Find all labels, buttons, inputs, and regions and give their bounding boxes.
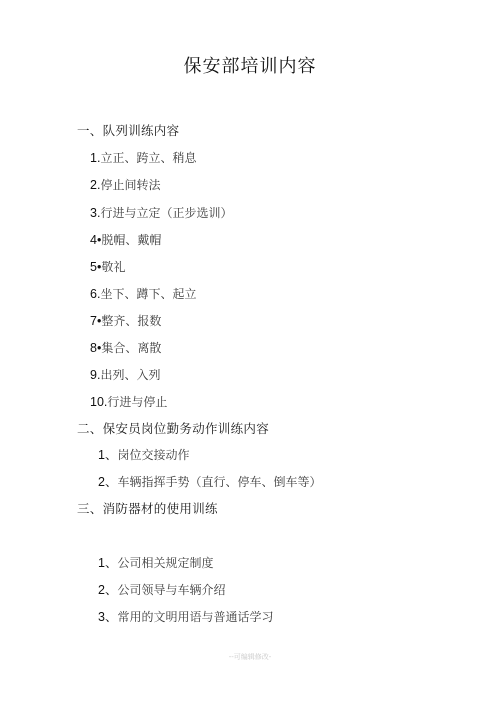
list-item: 2、公司领导与车辆介绍 bbox=[98, 582, 225, 598]
item-text: 出列、入列 bbox=[100, 368, 160, 382]
item-number: 2、 bbox=[98, 475, 117, 489]
item-number: 8• bbox=[90, 341, 101, 355]
item-text: 立正、跨立、稍息 bbox=[100, 151, 196, 165]
item-number: 4• bbox=[90, 233, 101, 247]
item-text: 行进与停止 bbox=[107, 395, 167, 409]
list-item: 8•集合、离散 bbox=[90, 340, 161, 356]
item-text: 坐下、蹲下、起立 bbox=[100, 287, 196, 301]
section-heading-2: 二、保安员岗位勤务动作训练内容 bbox=[77, 421, 269, 437]
item-number: 1. bbox=[90, 151, 100, 165]
item-text: 敬礼 bbox=[101, 260, 125, 274]
item-text: 岗位交接动作 bbox=[117, 448, 189, 462]
item-text: 整齐、报数 bbox=[101, 314, 161, 328]
item-text: 集合、离散 bbox=[101, 341, 161, 355]
item-text: 车辆指挥手势（直行、停车、倒车等） bbox=[117, 475, 321, 489]
item-number: 3、 bbox=[98, 610, 117, 624]
list-item: 1、公司相关规定制度 bbox=[98, 555, 213, 571]
item-text: 常用的文明用语与普通话学习 bbox=[117, 610, 273, 624]
page-footer: --可编辑修改- bbox=[0, 652, 500, 662]
item-number: 1、 bbox=[98, 448, 117, 462]
item-text: 公司相关规定制度 bbox=[117, 556, 213, 570]
list-item: 1.立正、跨立、稍息 bbox=[90, 150, 196, 166]
list-item: 3.行进与立定（正步选训） bbox=[90, 205, 232, 221]
item-number: 1、 bbox=[98, 556, 117, 570]
list-item: 3、常用的文明用语与普通话学习 bbox=[98, 609, 273, 625]
list-item: 9.出列、入列 bbox=[90, 367, 160, 383]
list-item: 7•整齐、报数 bbox=[90, 313, 161, 329]
item-number: 2. bbox=[90, 178, 100, 192]
list-item: 5•敬礼 bbox=[90, 259, 125, 275]
item-text: 停止间转法 bbox=[100, 178, 160, 192]
item-number: 9. bbox=[90, 368, 100, 382]
item-number: 3. bbox=[90, 206, 100, 220]
section-heading-3: 三、消防器材的使用训练 bbox=[77, 501, 218, 517]
item-number: 5• bbox=[90, 260, 101, 274]
document-title: 保安部培训内容 bbox=[0, 55, 500, 79]
list-item: 1、岗位交接动作 bbox=[98, 447, 189, 463]
list-item: 6.坐下、蹲下、起立 bbox=[90, 286, 196, 302]
item-number: 2、 bbox=[98, 583, 117, 597]
item-text: 公司领导与车辆介绍 bbox=[117, 583, 225, 597]
list-item: 2.停止间转法 bbox=[90, 177, 160, 193]
item-number: 10. bbox=[90, 395, 107, 409]
section-heading-1: 一、队列训练内容 bbox=[77, 123, 179, 139]
item-number: 6. bbox=[90, 287, 100, 301]
item-text: 行进与立定（正步选训） bbox=[100, 206, 232, 220]
list-item: 2、车辆指挥手势（直行、停车、倒车等） bbox=[98, 474, 321, 490]
document-page: 保安部培训内容 一、队列训练内容 1.立正、跨立、稍息 2.停止间转法 3.行进… bbox=[0, 0, 500, 707]
list-item: 4•脱帽、戴帽 bbox=[90, 232, 161, 248]
list-item: 10.行进与停止 bbox=[90, 394, 167, 410]
item-text: 脱帽、戴帽 bbox=[101, 233, 161, 247]
item-number: 7• bbox=[90, 314, 101, 328]
